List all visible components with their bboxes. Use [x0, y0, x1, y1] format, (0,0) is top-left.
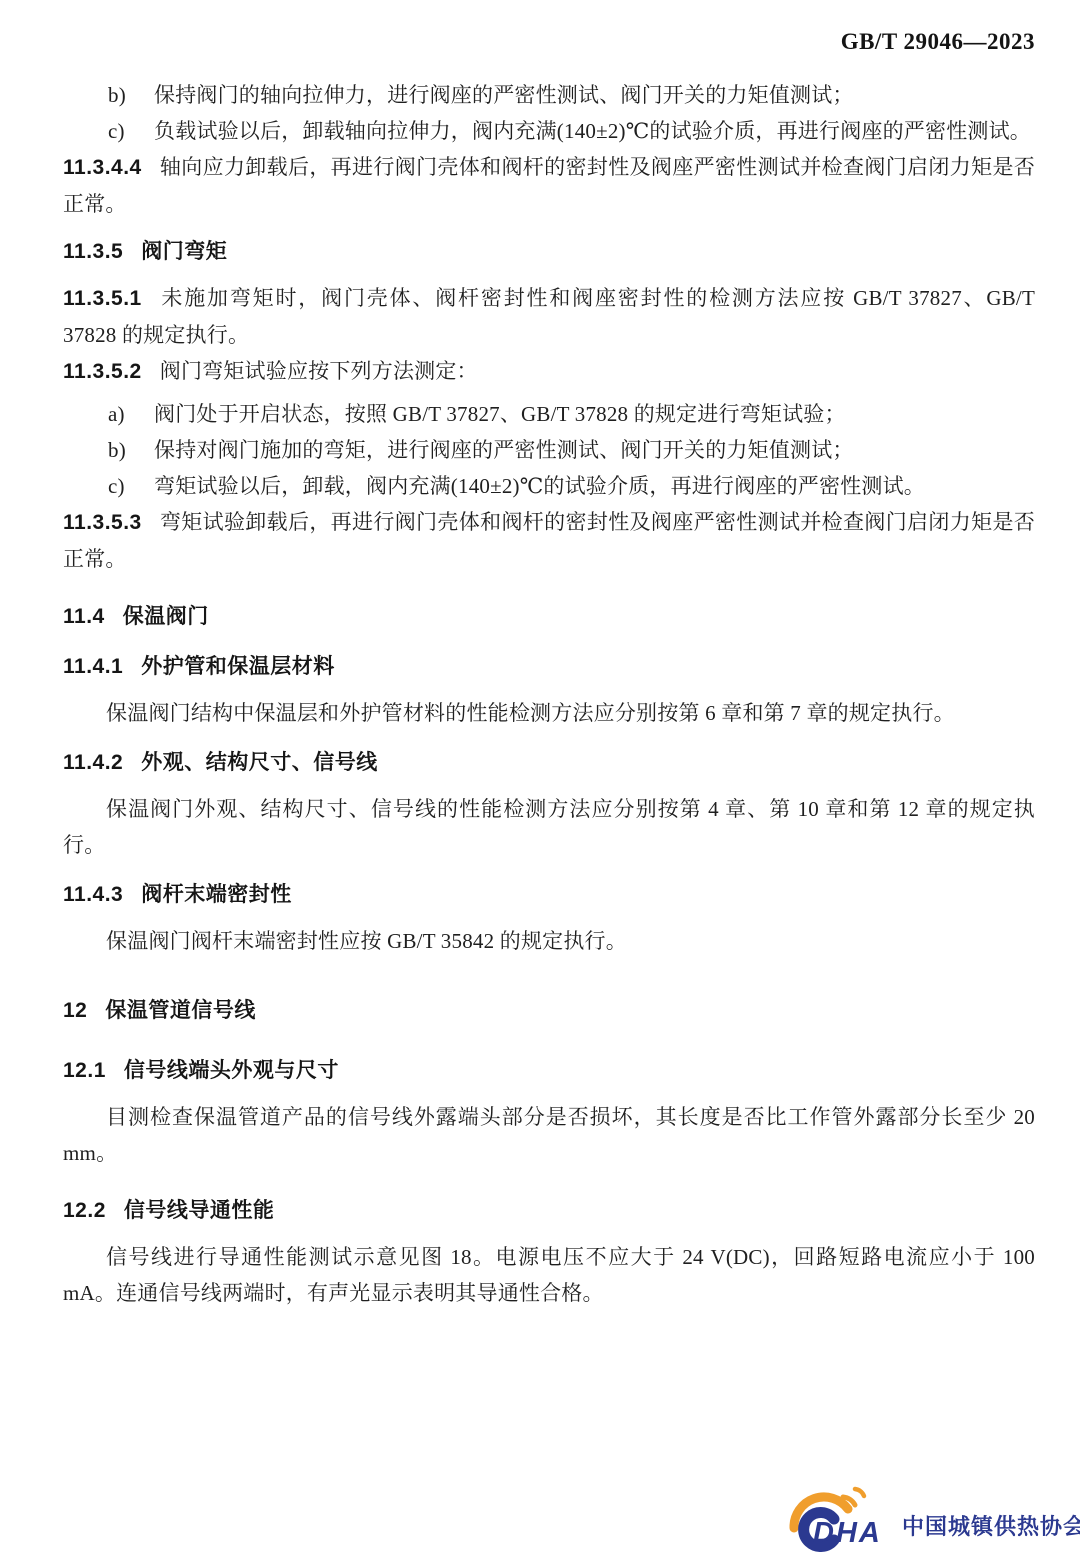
- section-heading: 11.4保温阀门: [63, 599, 1035, 635]
- body-paragraph: 信号线进行导通性能测试示意见图 18。电源电压不应大于 24 V(DC)，回路短…: [63, 1239, 1035, 1311]
- clause-number: 11.3.5.1: [63, 287, 142, 310]
- heading-title: 信号线导通性能: [124, 1199, 275, 1222]
- body-paragraph: 目测检查保温管道产品的信号线外露端头部分是否损坏，其长度是否比工作管外露部分长至…: [63, 1099, 1035, 1171]
- section-heading: 11.4.3阀杆末端密封性: [63, 877, 1035, 913]
- clause-paragraph: 11.3.5.1未施加弯矩时，阀门壳体、阀杆密封性和阀座密封性的检测方法应按 G…: [63, 280, 1035, 353]
- list-item-label: b): [108, 432, 132, 468]
- clause-paragraph: 11.3.5.2阀门弯矩试验应按下列方法测定：: [63, 353, 1035, 390]
- section-heading: 11.4.1外护管和保温层材料: [63, 649, 1035, 685]
- logo-orange-wave-icon: [855, 1489, 864, 1496]
- heading-number: 11.4.3: [63, 883, 123, 906]
- list-item: a)阀门处于开启状态，按照 GB/T 37827、GB/T 37828 的规定进…: [63, 396, 1035, 432]
- body-paragraph: 保温阀门结构中保温层和外护管材料的性能检测方法应分别按第 6 章和第 7 章的规…: [63, 695, 1035, 731]
- heading-title: 外护管和保温层材料: [141, 655, 335, 678]
- clause-paragraph: 11.3.4.4轴向应力卸载后，再进行阀门壳体和阀杆的密封性及阀座严密性测试并检…: [63, 149, 1035, 222]
- section-heading: 12.2信号线导通性能: [63, 1193, 1035, 1229]
- heading-number: 11.3.5: [63, 240, 123, 263]
- list-item: c)弯矩试验以后，卸载，阀内充满(140±2)℃的试验介质，再进行阀座的严密性测…: [63, 468, 1035, 504]
- heading-number: 12: [63, 999, 87, 1022]
- logo-acronym: DHA: [813, 1517, 882, 1549]
- heading-number: 11.4: [63, 605, 105, 628]
- list-item-text: 弯矩试验以后，卸载，阀内充满(140±2)℃的试验介质，再进行阀座的严密性测试。: [154, 474, 925, 498]
- list-item: b)保持对阀门施加的弯矩，进行阀座的严密性测试、阀门开关的力矩值测试；: [63, 432, 1035, 468]
- list-item-text: 阀门处于开启状态，按照 GB/T 37827、GB/T 37828 的规定进行弯…: [154, 402, 846, 426]
- body-paragraph: 保温阀门阀杆末端密封性应按 GB/T 35842 的规定执行。: [63, 923, 1035, 959]
- list-item: c)负载试验以后，卸载轴向拉伸力，阀内充满(140±2)℃的试验介质，再进行阀座…: [63, 113, 1035, 149]
- chapter-heading: 12保温管道信号线: [63, 993, 1035, 1029]
- heading-title: 外观、结构尺寸、信号线: [141, 751, 378, 774]
- list-item-text: 负载试验以后，卸载轴向拉伸力，阀内充满(140±2)℃的试验介质，再进行阀座的严…: [154, 119, 1031, 143]
- list-item-label: c): [108, 113, 132, 149]
- heading-number: 12.2: [63, 1199, 106, 1222]
- clause-text: 弯矩试验卸载后，再进行阀门壳体和阀杆的密封性及阀座严密性测试并检查阀门启闭力矩是…: [63, 510, 1035, 571]
- list-item: b)保持阀门的轴向拉伸力，进行阀座的严密性测试、阀门开关的力矩值测试；: [63, 77, 1035, 113]
- heading-number: 12.1: [63, 1059, 106, 1082]
- clause-number: 11.3.5.3: [63, 511, 142, 534]
- body-paragraph: 保温阀门外观、结构尺寸、信号线的性能检测方法应分别按第 4 章、第 10 章和第…: [63, 791, 1035, 863]
- cdha-logo-icon: DHA: [786, 1484, 890, 1552]
- clause-paragraph: 11.3.5.3弯矩试验卸载后，再进行阀门壳体和阀杆的密封性及阀座严密性测试并检…: [63, 504, 1035, 577]
- section-heading: 11.3.5阀门弯矩: [63, 234, 1035, 270]
- heading-title: 保温管道信号线: [105, 999, 256, 1022]
- section-heading: 11.4.2外观、结构尺寸、信号线: [63, 745, 1035, 781]
- clause-text: 轴向应力卸载后，再进行阀门壳体和阀杆的密封性及阀座严密性测试并检查阀门启闭力矩是…: [63, 155, 1035, 216]
- clause-number: 11.3.5.2: [63, 360, 142, 383]
- list-item-text: 保持对阀门施加的弯矩，进行阀座的严密性测试、阀门开关的力矩值测试；: [154, 438, 854, 462]
- page-content: GB/T 29046—2023 b)保持阀门的轴向拉伸力，进行阀座的严密性测试、…: [63, 0, 1035, 1311]
- organization-name: 中国城镇供热协会: [902, 1510, 1080, 1541]
- heading-title: 阀杆末端密封性: [141, 883, 292, 906]
- list-item-label: a): [108, 396, 132, 432]
- clause-text: 未施加弯矩时，阀门壳体、阀杆密封性和阀座密封性的检测方法应按 GB/T 3782…: [63, 286, 1035, 347]
- heading-title: 阀门弯矩: [141, 240, 227, 263]
- standard-document-page: GB/T 29046—2023 b)保持阀门的轴向拉伸力，进行阀座的严密性测试、…: [0, 0, 1080, 1568]
- doc-number-header: GB/T 29046—2023: [63, 27, 1035, 57]
- section-heading: 12.1信号线端头外观与尺寸: [63, 1053, 1035, 1089]
- heading-number: 11.4.1: [63, 655, 123, 678]
- list-item-text: 保持阀门的轴向拉伸力，进行阀座的严密性测试、阀门开关的力矩值测试；: [154, 83, 854, 107]
- heading-title: 信号线端头外观与尺寸: [124, 1059, 339, 1082]
- clause-number: 11.3.4.4: [63, 156, 142, 179]
- clause-text: 阀门弯矩试验应按下列方法测定：: [160, 359, 478, 383]
- heading-title: 保温阀门: [123, 605, 209, 628]
- association-logo-footer: DHA 中国城镇供热协会: [786, 1484, 1080, 1552]
- heading-number: 11.4.2: [63, 751, 123, 774]
- list-item-label: c): [108, 468, 132, 504]
- list-item-label: b): [108, 77, 132, 113]
